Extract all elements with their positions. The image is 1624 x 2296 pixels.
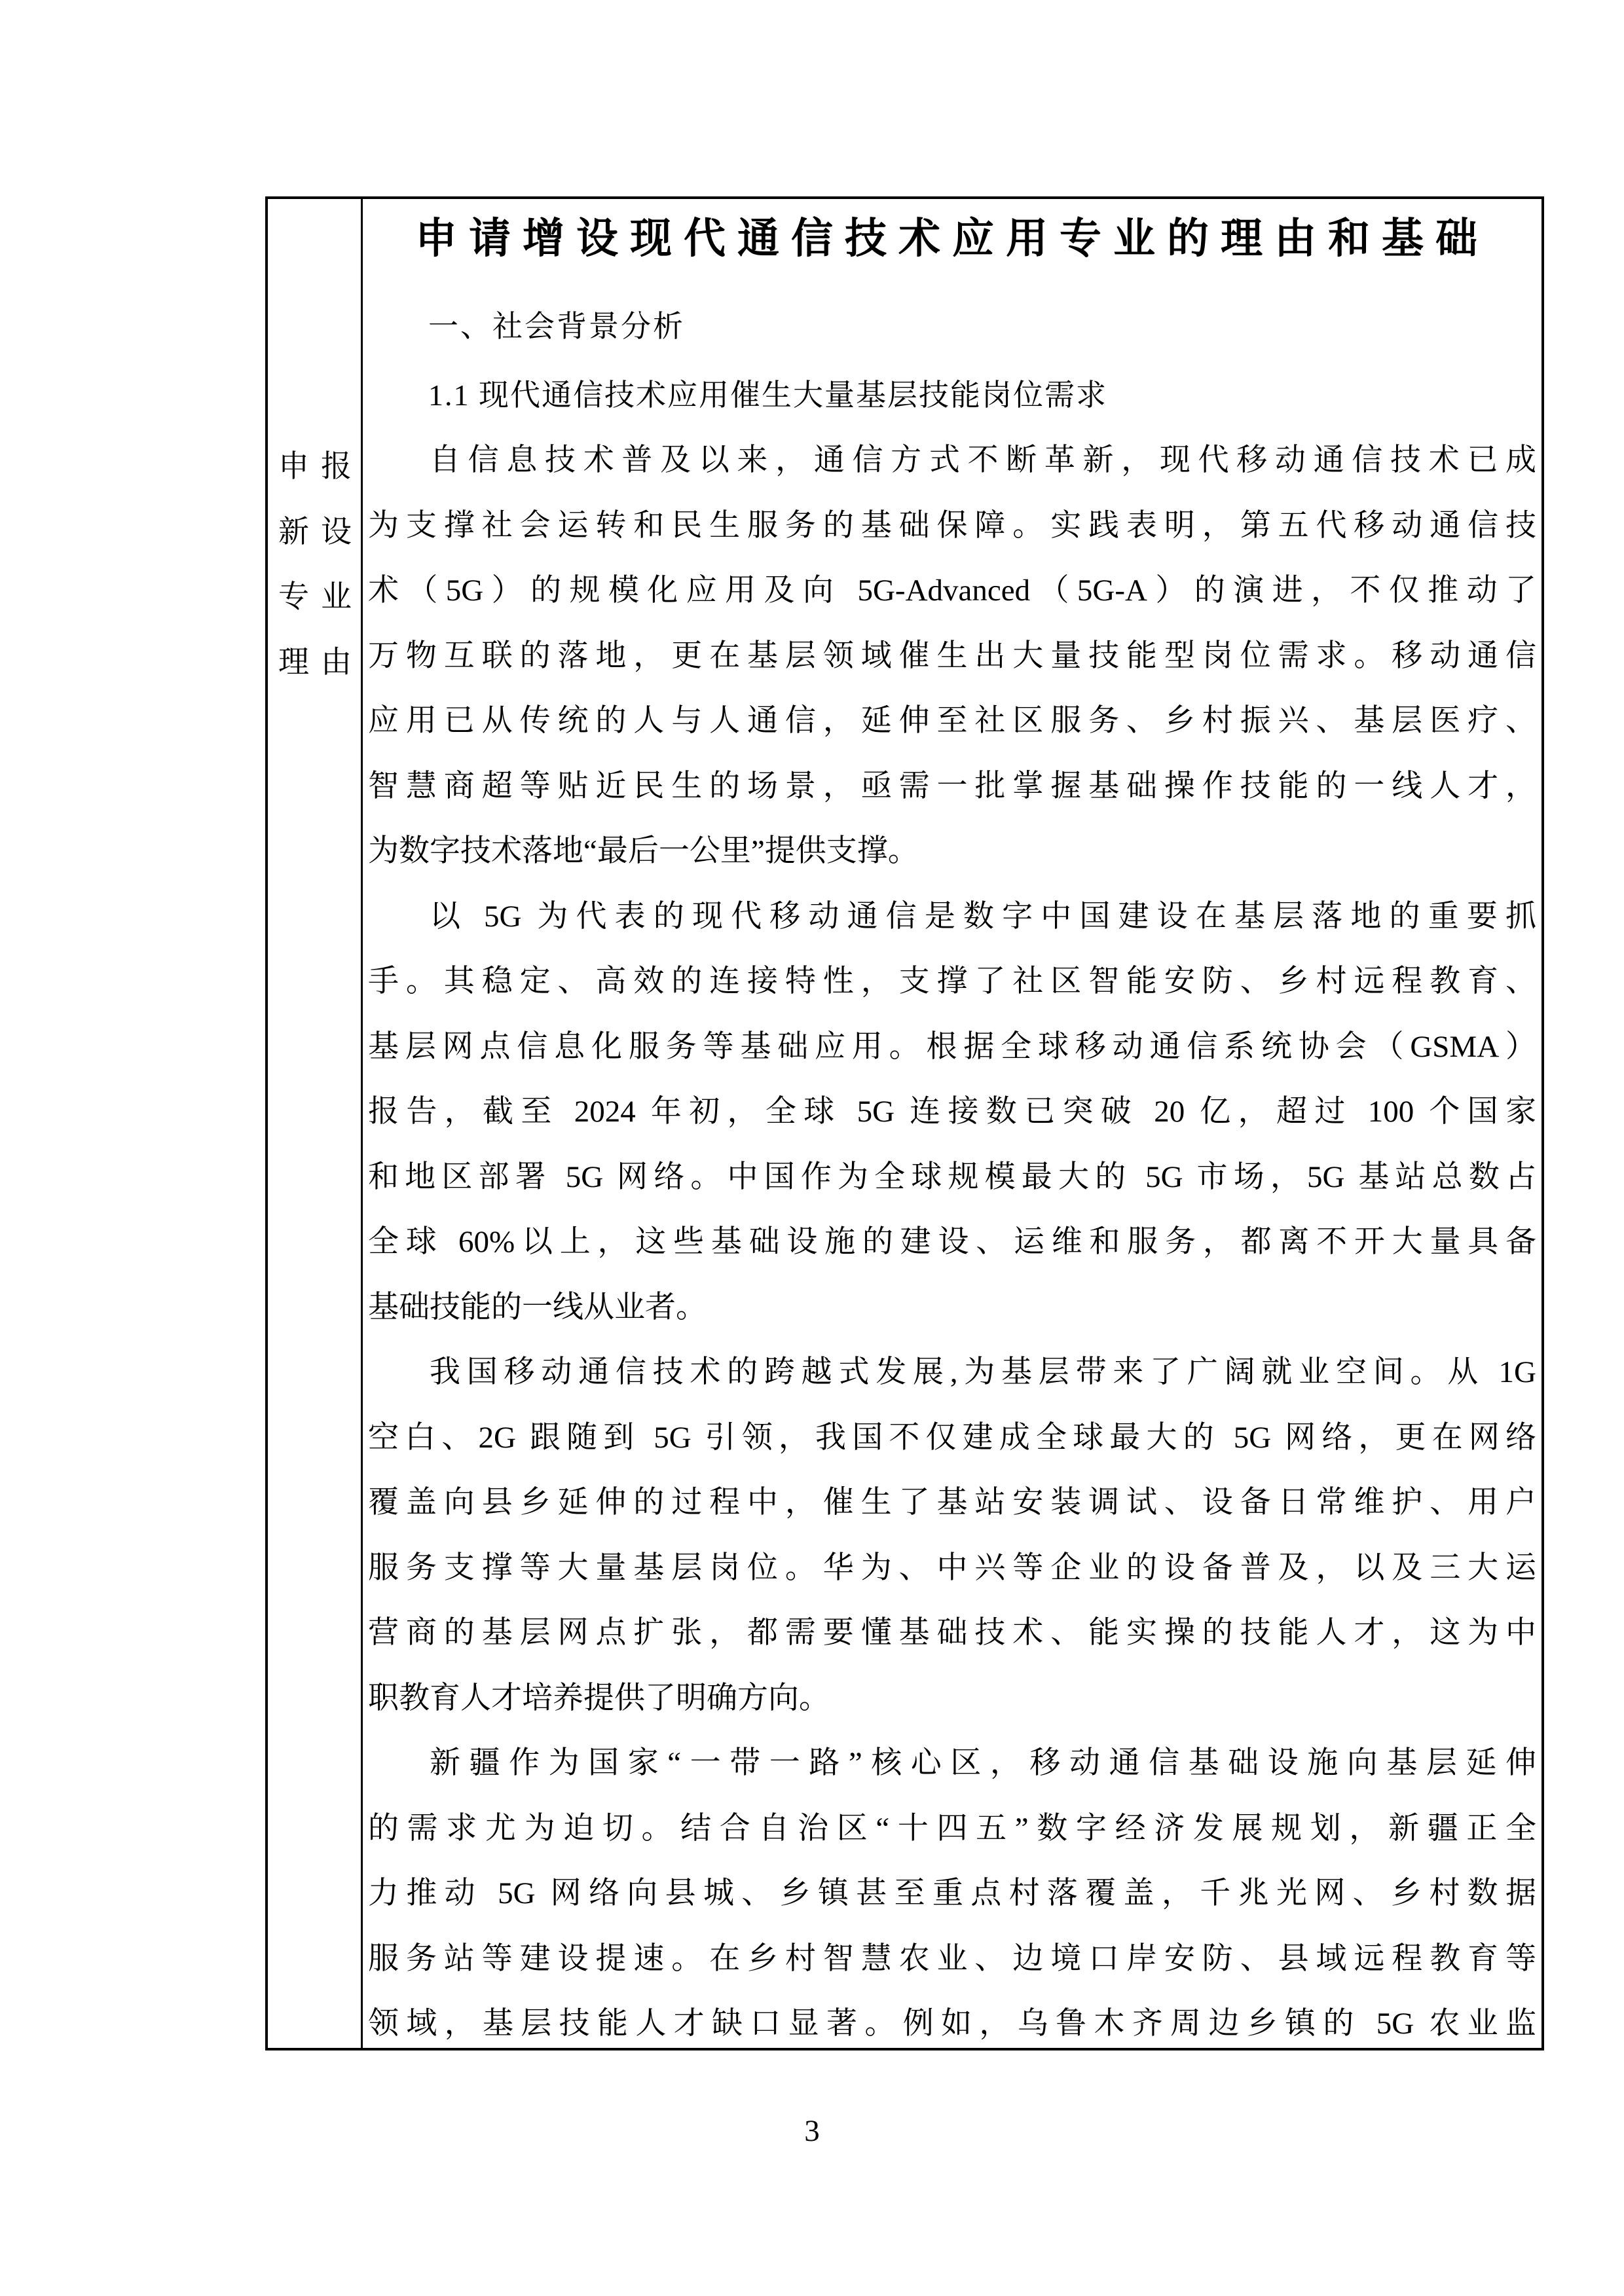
body-line: 万物互联的落地，更在基层领域催生出大量技能型岗位需求。移动通信 [368, 624, 1536, 689]
body-line: 自信息技术普及以来，通信方式不断革新，现代移动通信技术已成 [368, 428, 1536, 494]
body-line: 术（5G）的规模化应用及向 5G-Advanced（5G-A）的演进，不仅推动了 [368, 558, 1536, 624]
body-line: 为支撑社会运转和民生服务的基础保障。实践表明，第五代移动通信技 [368, 494, 1536, 559]
body-line: 服务站等建设提速。在乡村智慧农业、边境口岸安防、县域远程教育等 [368, 1927, 1536, 1992]
page-number: 3 [0, 2098, 1624, 2164]
body-line: 新疆作为国家“一带一路”核心区，移动通信基础设施向基层延伸 [368, 1731, 1536, 1796]
application-table: 申报新设专业理由 申请增设现代通信技术应用专业的理由和基础 一、社会背景分析 1… [265, 196, 1544, 2050]
document-page: 申报新设专业理由 申请增设现代通信技术应用专业的理由和基础 一、社会背景分析 1… [0, 0, 1624, 2296]
row-header-label: 申报新设专业理由 [268, 431, 361, 692]
body-text: 自信息技术普及以来，通信方式不断革新，现代移动通信技术已成为支撑社会运转和民生服… [368, 428, 1536, 2048]
body-line: 智慧商超等贴近民生的场景，亟需一批掌握基础操作技能的一线人才， [368, 754, 1536, 820]
body-line: 职教育人才培养提供了明确方向。 [368, 1666, 1536, 1732]
page-title: 申请增设现代通信技术应用专业的理由和基础 [363, 202, 1541, 274]
row-header-line: 理由 [278, 627, 352, 693]
body-line: 为数字技术落地“最后一公里”提供支撑。 [368, 819, 1536, 884]
body-line: 我国移动通信技术的跨越式发展,为基层带来了广阔就业空间。从 1G [368, 1340, 1536, 1406]
body-line: 营商的基层网点扩张，都需要懂基础技术、能实操的技能人才，这为中 [368, 1601, 1536, 1666]
body-line: 和地区部署 5G 网络。中国作为全球规模最大的 5G 市场，5G 基站总数占 [368, 1145, 1536, 1211]
section-heading: 一、社会背景分析 [368, 294, 1536, 359]
row-header-line: 新设 [278, 497, 352, 562]
body-line: 的需求尤为迫切。结合自治区“十四五”数字经济发展规划，新疆正全 [368, 1796, 1536, 1862]
row-header-cell: 申报新设专业理由 [268, 199, 363, 2048]
body-line: 手。其稳定、高效的连接特性，支撑了社区智能安防、乡村远程教育、 [368, 949, 1536, 1015]
row-header-line: 申报 [278, 431, 352, 497]
content-cell: 申请增设现代通信技术应用专业的理由和基础 一、社会背景分析 1.1 现代通信技术… [363, 199, 1541, 2048]
body-line: 覆盖向县乡延伸的过程中，催生了基站安装调试、设备日常维护、用户 [368, 1470, 1536, 1536]
body-line: 报告，截至 2024 年初，全球 5G 连接数已突破 20 亿，超过 100 个… [368, 1080, 1536, 1145]
body-line: 应用已从传统的人与人通信，延伸至社区服务、乡村振兴、基层医疗、 [368, 689, 1536, 754]
subsection-heading: 1.1 现代通信技术应用催生大量基层技能岗位需求 [368, 363, 1536, 428]
body-line: 空白、2G 跟随到 5G 引领，我国不仅建成全球最大的 5G 网络，更在网络 [368, 1406, 1536, 1471]
body-line: 以 5G 为代表的现代移动通信是数字中国建设在基层落地的重要抓 [368, 884, 1536, 950]
body-line: 基础技能的一线从业者。 [368, 1275, 1536, 1341]
body-line: 领域，基层技能人才缺口显著。例如，乌鲁木齐周边乡镇的 5G 农业监 [368, 1992, 1536, 2048]
body-line: 基层网点信息化服务等基础应用。根据全球移动通信系统协会（GSMA） [368, 1015, 1536, 1080]
body-line: 力推动 5G 网络向县城、乡镇甚至重点村落覆盖，千兆光网、乡村数据 [368, 1861, 1536, 1927]
row-header-line: 专业 [278, 562, 352, 627]
body-line: 服务支撑等大量基层岗位。华为、中兴等企业的设备普及，以及三大运 [368, 1536, 1536, 1601]
body-line: 全球 60%以上，这些基础设施的建设、运维和服务，都离不开大量具备 [368, 1210, 1536, 1275]
